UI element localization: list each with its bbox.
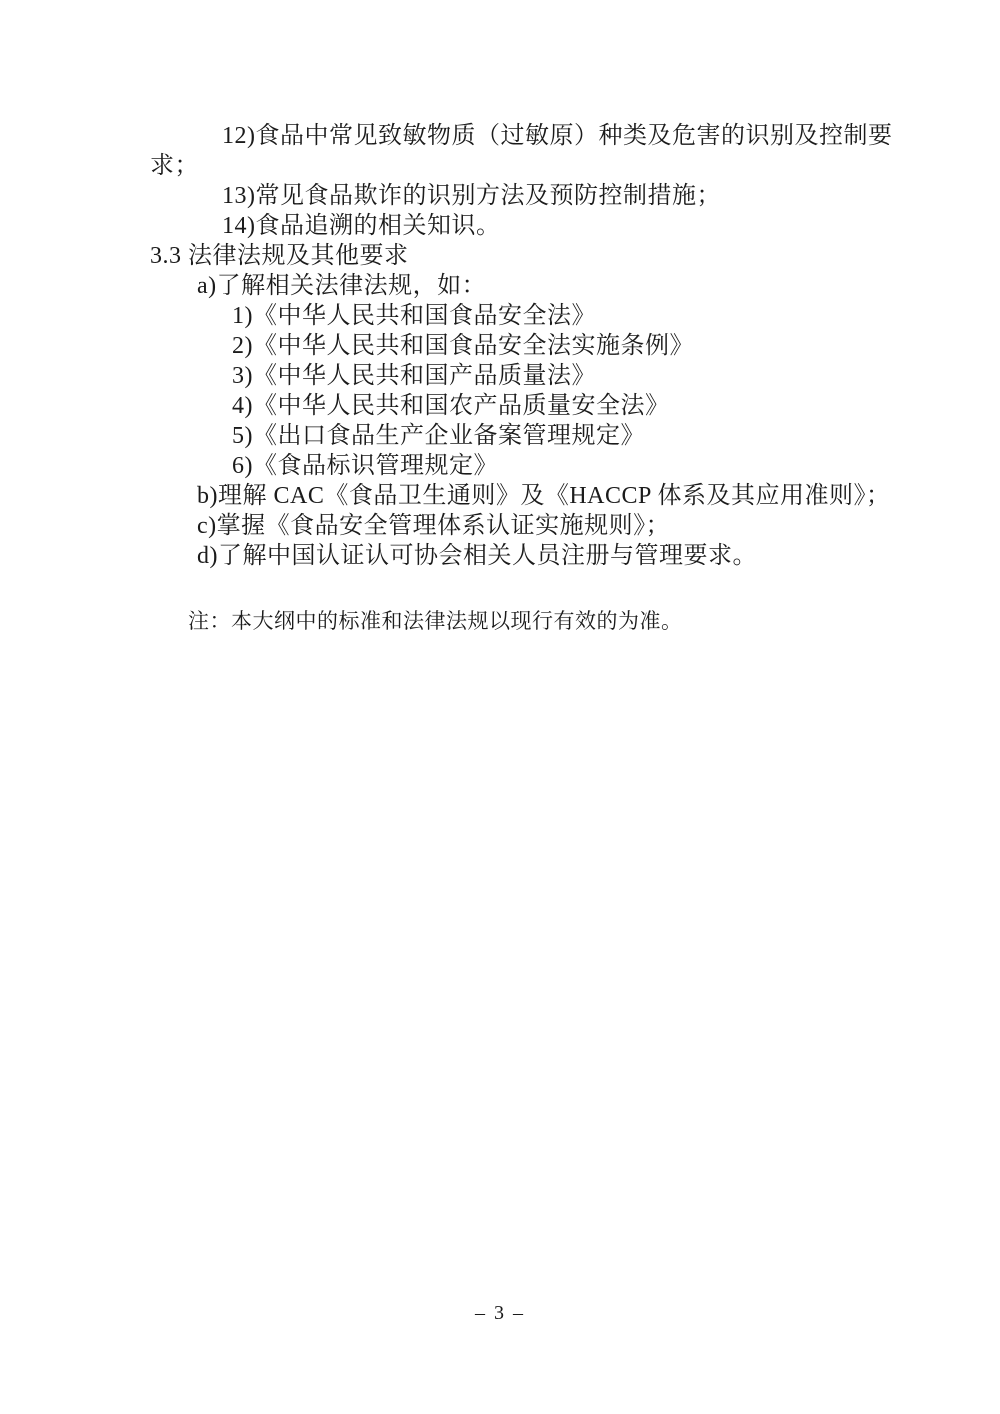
text-line: a)了解相关法律法规，如：: [197, 271, 866, 301]
text-line: b)理解 CAC《食品卫生通则》及《HACCP 体系及其应用准则》；: [197, 481, 866, 511]
page-number: – 3 –: [0, 1300, 1000, 1326]
text-line: d)了解中国认证认可协会相关人员注册与管理要求。: [197, 541, 866, 571]
note-line: 注：本大纲中的标准和法律法规以现行有效的为准。: [188, 607, 866, 635]
text-line: 12)食品中常见致敏物质（过敏原）种类及危害的识别及控制要: [222, 121, 866, 151]
list-item: 5)《出口食品生产企业备案管理规定》: [232, 421, 866, 451]
list-item: 3)《中华人民共和国产品质量法》: [232, 361, 866, 391]
text-line: 求；: [150, 151, 866, 181]
list-item: 2)《中华人民共和国食品安全法实施条例》: [232, 331, 866, 361]
list-item: 6)《食品标识管理规定》: [232, 451, 866, 481]
document-page: 12)食品中常见致敏物质（过敏原）种类及危害的识别及控制要 求； 13)常见食品…: [0, 0, 1000, 1414]
list-item: 1)《中华人民共和国食品安全法》: [232, 301, 866, 331]
list-item: 4)《中华人民共和国农产品质量安全法》: [232, 391, 866, 421]
document-content: 12)食品中常见致敏物质（过敏原）种类及危害的识别及控制要 求； 13)常见食品…: [150, 121, 866, 635]
section-heading: 3.3 法律法规及其他要求: [150, 241, 866, 271]
text-line: c)掌握《食品安全管理体系认证实施规则》；: [197, 511, 866, 541]
text-line: 14)食品追溯的相关知识。: [222, 211, 866, 241]
text-line: 13)常见食品欺诈的识别方法及预防控制措施；: [222, 181, 866, 211]
